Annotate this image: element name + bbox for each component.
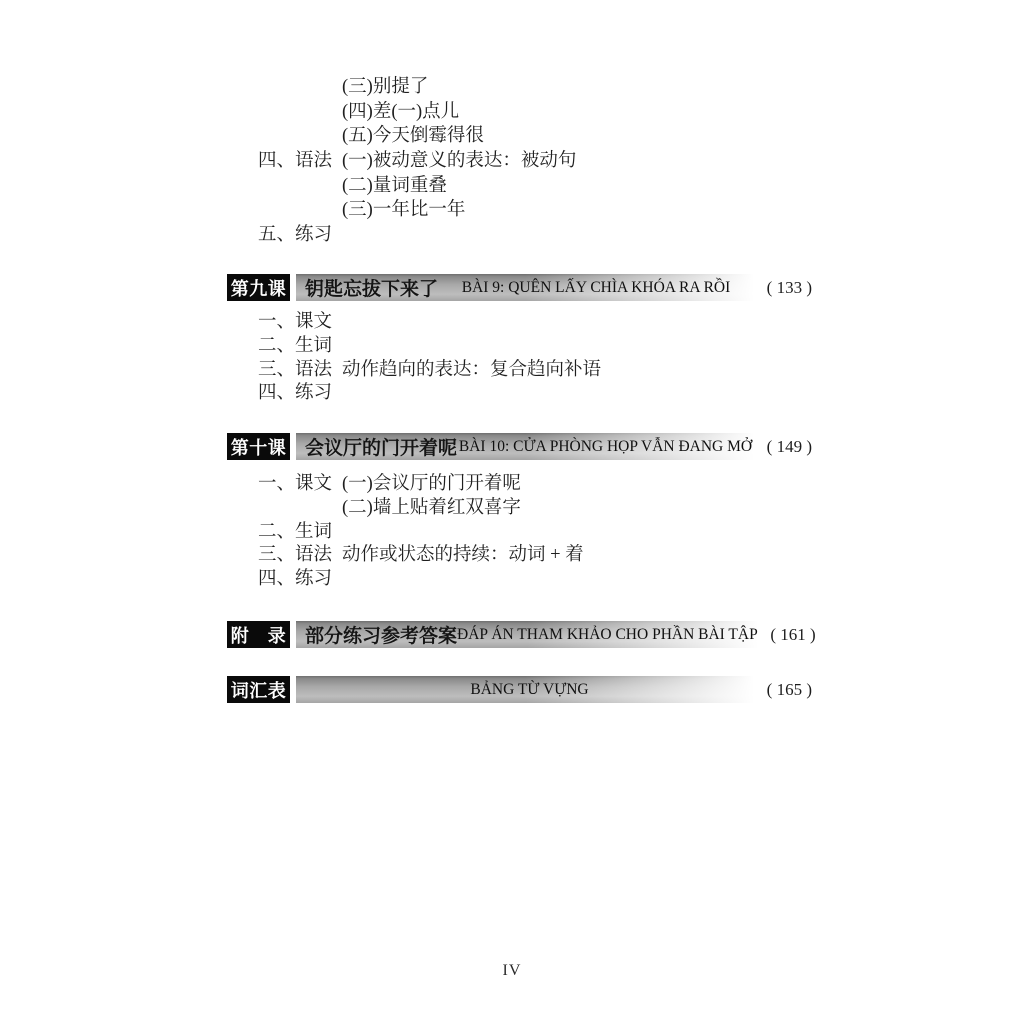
toc-line: 四、练习 xyxy=(258,379,601,403)
lesson10-title-vietnamese: BÀI 10: CỬA PHÒNG HỌP VẪN ĐANG MỞ xyxy=(457,438,754,456)
toc-line: (三)一年比一年 xyxy=(258,196,576,221)
toc-line: 二、生词 xyxy=(258,332,601,356)
toc-item-text: 动作或状态的持续：动词 + 着 xyxy=(342,540,584,566)
toc-line: (五)今天倒霉得很 xyxy=(258,122,576,147)
toc-line: 四、语法 (一)被动意义的表达：被动句 xyxy=(258,147,576,172)
lesson9-item-list: 一、课文 二、生词 三、语法 动作趋向的表达：复合趋向补语 四、练习 xyxy=(258,308,601,403)
toc-item-text: (一)被动意义的表达：被动句 xyxy=(342,146,576,172)
toc-line: (四)差(一)点儿 xyxy=(258,98,576,123)
toc-line: 一、课文 xyxy=(258,308,601,332)
toc-item-text: (四)差(一)点儿 xyxy=(342,97,459,123)
lesson9-title-bar: 钥匙忘拔下来了 BÀI 9: QUÊN LẤY CHÌA KHÓA RA RỒI xyxy=(296,274,754,301)
toc-line: 二、生词 xyxy=(258,518,584,542)
vocabulary-title-bar: BẢNG TỪ VỰNG xyxy=(296,676,754,703)
toc-page: (三)别提了 (四)差(一)点儿 (五)今天倒霉得很 四、语法 (一)被动意义的… xyxy=(0,0,1024,1024)
lesson8-continuation-list: (三)别提了 (四)差(一)点儿 (五)今天倒霉得很 四、语法 (一)被动意义的… xyxy=(258,73,576,245)
toc-line: (二)量词重叠 xyxy=(258,171,576,196)
lesson10-title-chinese: 会议厅的门开着呢 xyxy=(305,433,457,460)
toc-item-text: (一)会议厅的门开着呢 xyxy=(342,469,521,495)
toc-line: 三、语法 动作或状态的持续：动词 + 着 xyxy=(258,541,584,565)
appendix-title-vietnamese: ĐÁP ÁN THAM KHẢO CHO PHẦN BÀI TẬP xyxy=(457,626,758,644)
toc-item-label: 二、生词 xyxy=(258,331,342,357)
vocabulary-header: 词汇表 BẢNG TỪ VỰNG ( 165 ) xyxy=(227,676,812,703)
toc-line: (三)别提了 xyxy=(258,73,576,98)
lesson9-header: 第九课 钥匙忘拔下来了 BÀI 9: QUÊN LẤY CHÌA KHÓA RA… xyxy=(227,274,812,301)
toc-line: (二)墙上贴着红双喜字 xyxy=(258,494,584,518)
toc-item-label: 一、课文 xyxy=(258,469,342,495)
toc-item-label: 一、课文 xyxy=(258,307,342,333)
toc-line: 五、练习 xyxy=(258,221,576,246)
toc-item-label: 四、练习 xyxy=(258,564,342,590)
lesson10-item-list: 一、课文 (一)会议厅的门开着呢 (二)墙上贴着红双喜字 二、生词 三、语法 动… xyxy=(258,470,584,589)
vocabulary-tag-badge: 词汇表 xyxy=(227,676,290,703)
toc-line: 一、课文 (一)会议厅的门开着呢 xyxy=(258,470,584,494)
toc-item-label: 四、练习 xyxy=(258,378,342,404)
lesson10-tag-badge: 第十课 xyxy=(227,433,290,460)
lesson9-page-number: ( 133 ) xyxy=(754,278,812,298)
lesson10-page-number: ( 149 ) xyxy=(754,437,812,457)
toc-item-label: 五、练习 xyxy=(258,220,342,246)
toc-item-text: (二)量词重叠 xyxy=(342,171,447,197)
toc-item-label: 二、生词 xyxy=(258,517,342,543)
lesson10-title-bar: 会议厅的门开着呢 BÀI 10: CỬA PHÒNG HỌP VẪN ĐANG … xyxy=(296,433,754,460)
folio-page-number: IV xyxy=(0,962,1024,980)
vocabulary-page-number: ( 165 ) xyxy=(754,680,812,700)
appendix-tag-badge: 附 录 xyxy=(227,621,290,648)
appendix-title-chinese: 部分练习参考答案 xyxy=(305,621,457,648)
lesson9-tag-badge: 第九课 xyxy=(227,274,290,301)
toc-item-label: 四、语法 xyxy=(258,146,342,172)
toc-item-text: 动作趋向的表达：复合趋向补语 xyxy=(342,355,601,381)
appendix-page-number: ( 161 ) xyxy=(758,625,816,645)
toc-item-text: (三)一年比一年 xyxy=(342,195,465,221)
toc-item-label: 三、语法 xyxy=(258,540,342,566)
toc-line: 三、语法 动作趋向的表达：复合趋向补语 xyxy=(258,356,601,380)
appendix-title-bar: 部分练习参考答案 ĐÁP ÁN THAM KHẢO CHO PHẦN BÀI T… xyxy=(296,621,758,648)
lesson10-header: 第十课 会议厅的门开着呢 BÀI 10: CỬA PHÒNG HỌP VẪN Đ… xyxy=(227,433,812,460)
lesson9-title-chinese: 钥匙忘拔下来了 xyxy=(305,274,438,301)
toc-item-text: (二)墙上贴着红双喜字 xyxy=(342,493,521,519)
toc-line: 四、练习 xyxy=(258,565,584,589)
toc-item-text: (三)别提了 xyxy=(342,72,428,98)
toc-item-label: 三、语法 xyxy=(258,355,342,381)
appendix-header: 附 录 部分练习参考答案 ĐÁP ÁN THAM KHẢO CHO PHẦN B… xyxy=(227,621,812,648)
toc-item-text: (五)今天倒霉得很 xyxy=(342,121,484,147)
lesson9-title-vietnamese: BÀI 9: QUÊN LẤY CHÌA KHÓA RA RỒI xyxy=(438,279,754,297)
vocabulary-title-vietnamese: BẢNG TỪ VỰNG xyxy=(305,681,754,699)
